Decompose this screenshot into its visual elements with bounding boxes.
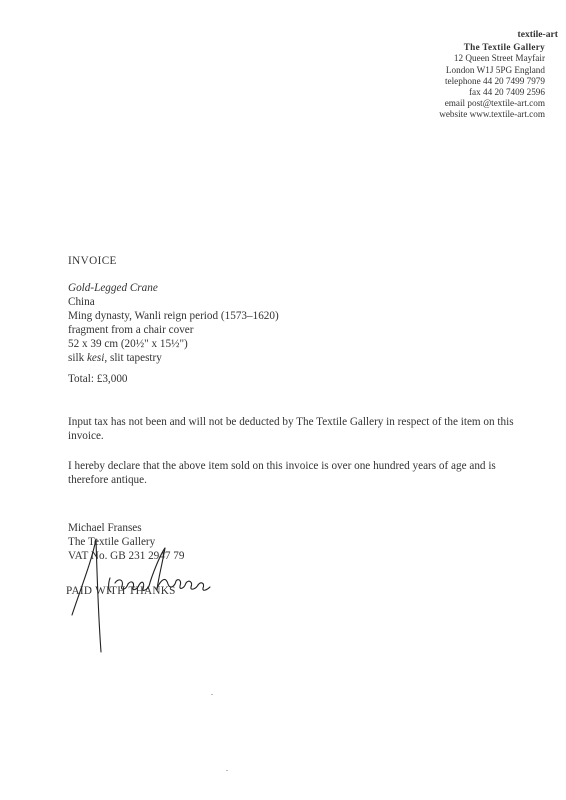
- invoice-total: Total: £3,000: [68, 372, 128, 386]
- material-suffix: , slit tapestry: [104, 352, 161, 364]
- scan-speck: [211, 694, 213, 695]
- paid-stamp: PAID WITH THANKS: [66, 585, 176, 597]
- item-period: Ming dynasty, Wanli reign period (1573–1…: [68, 309, 279, 323]
- vat-number: VAT No. GB 231 2947 79: [68, 549, 184, 563]
- item-material: silk kesi, slit tapestry: [68, 351, 279, 365]
- material-technique: kesi: [87, 352, 104, 364]
- signatory-name: Michael Franses: [68, 521, 184, 535]
- total-value: £3,000: [97, 373, 128, 385]
- item-name: Gold-Legged Crane: [68, 281, 279, 295]
- tax-notice: Input tax has not been and will not be d…: [68, 415, 528, 443]
- fax: fax 44 20 7409 2596: [439, 87, 545, 98]
- telephone: telephone 44 20 7499 7979: [439, 76, 545, 87]
- item-origin: China: [68, 295, 279, 309]
- address-line-2: London W1J 5PG England: [439, 65, 545, 76]
- item-details: Gold-Legged Crane China Ming dynasty, Wa…: [68, 281, 279, 365]
- letterhead: textile-art The Textile Gallery 12 Queen…: [439, 29, 545, 121]
- scan-speck: [226, 770, 228, 771]
- signature-block: Michael Franses The Textile Gallery VAT …: [68, 521, 184, 563]
- email: email post@textile-art.com: [439, 98, 545, 109]
- invoice-title: INVOICE: [68, 254, 117, 268]
- total-label: Total:: [68, 373, 97, 385]
- address-line-1: 12 Queen Street Mayfair: [439, 53, 545, 64]
- material-prefix: silk: [68, 352, 87, 364]
- website: website www.textile-art.com: [439, 109, 545, 120]
- signatory-company: The Textile Gallery: [68, 535, 184, 549]
- item-dimensions: 52 x 39 cm (20½" x 15½"): [68, 337, 279, 351]
- brand-name: textile-art: [439, 29, 566, 40]
- item-description: fragment from a chair cover: [68, 323, 279, 337]
- gallery-name: The Textile Gallery: [439, 42, 545, 53]
- antique-declaration: I hereby declare that the above item sol…: [68, 459, 528, 487]
